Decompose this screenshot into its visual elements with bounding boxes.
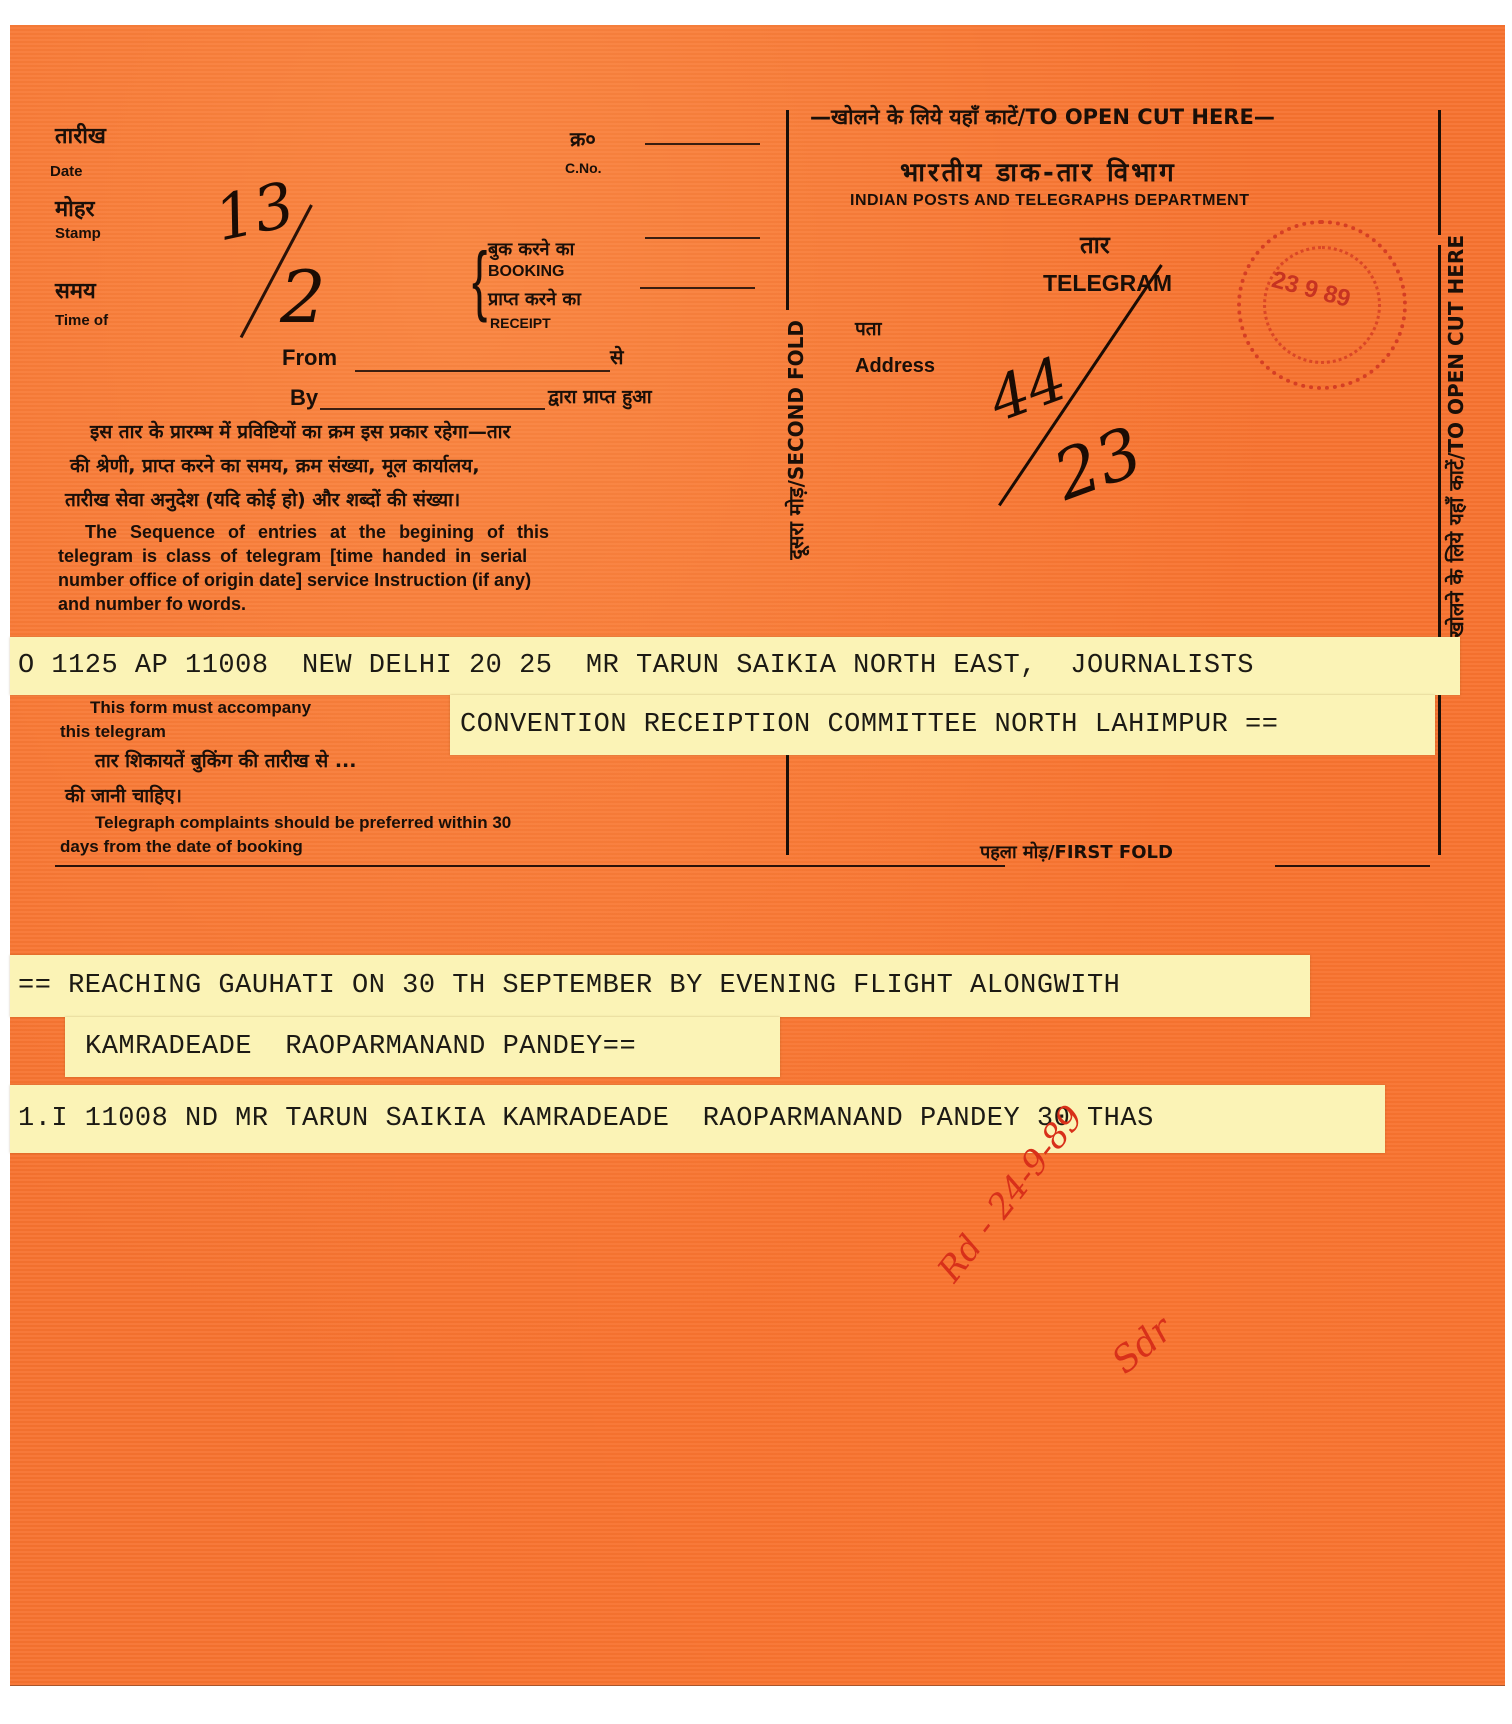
handwritten-number: 13 bbox=[208, 168, 300, 256]
sequence-hindi-1: इस तार के प्रारम्भ में प्रविष्टियों का क… bbox=[90, 418, 510, 444]
from-field[interactable] bbox=[355, 370, 610, 372]
cut-here-top: —खोलने के लिये यहाँ काटें/TO OPEN CUT HE… bbox=[810, 103, 1275, 131]
tape-strip-1: O 1125 AP 11008 NEW DELHI 20 25 MR TARUN… bbox=[10, 637, 1460, 695]
handwritten-fraction-bottom: 23 bbox=[1044, 413, 1152, 517]
cno-label: C.No. bbox=[565, 160, 602, 176]
second-fold-line-top bbox=[786, 110, 789, 310]
sequence-en-2: telegram is class of telegram [time hand… bbox=[58, 546, 527, 567]
complaint-en-1: Telegraph complaints should be preferred… bbox=[95, 813, 511, 833]
accompany-line-2: this telegram bbox=[60, 722, 166, 742]
sequence-hindi-3: तारीख सेवा अनुदेश (यदि कोई हो) और शब्दों… bbox=[65, 486, 460, 512]
booking-label-hindi: बुक करने का bbox=[488, 237, 574, 261]
tape-strip-5: 1.I 11008 ND MR TARUN SAIKIA KAMRADEADE … bbox=[10, 1085, 1385, 1153]
by-suffix: द्वारा प्राप्त हुआ bbox=[548, 383, 652, 409]
first-fold-label: पहला मोड़/FIRST FOLD bbox=[980, 840, 1173, 864]
cut-line-top bbox=[1438, 110, 1441, 235]
from-suffix: से bbox=[610, 343, 624, 370]
handwritten-fraction-top: 44 bbox=[980, 344, 1076, 436]
time-label: Time of bbox=[55, 312, 108, 329]
sequence-en-4: and number fo words. bbox=[58, 594, 246, 615]
date-label: Date bbox=[50, 163, 83, 180]
stamp-label: Stamp bbox=[55, 225, 101, 242]
sequence-en-3: number office of origin date] service In… bbox=[58, 570, 531, 591]
telegram-form: तारीख Date मोहर Stamp समय Time of 13 2 क… bbox=[10, 25, 1505, 1686]
time-label-hindi: समय bbox=[55, 275, 96, 305]
address-label-hindi: पता bbox=[855, 315, 882, 341]
receipt-label: RECEIPT bbox=[490, 315, 551, 331]
cno-field[interactable] bbox=[645, 143, 760, 145]
tape-strip-2: CONVENTION RECEIPTION COMMITTEE NORTH LA… bbox=[450, 695, 1435, 755]
cut-here-side: खोलने के लिये यहाँ काटें/TO OPEN CUT HER… bbox=[1442, 235, 1469, 638]
cut-line-bottom bbox=[1438, 695, 1441, 855]
stamp-label-hindi: मोहर bbox=[55, 193, 95, 223]
cno-label-hindi: क्र० bbox=[570, 125, 596, 152]
postmark-stamp: 23 9 89 bbox=[1237, 220, 1407, 390]
receipt-field[interactable] bbox=[640, 287, 755, 289]
receipt-label-hindi: प्राप्त करने का bbox=[488, 287, 581, 311]
sequence-hindi-2: की श्रेणी, प्राप्त करने का समय, क्रम संख… bbox=[70, 452, 480, 478]
telegram-hindi: तार bbox=[1080, 228, 1110, 261]
sequence-en-1: The Sequence of entries at the begining … bbox=[85, 522, 549, 543]
handwritten-mark: 2 bbox=[280, 255, 326, 339]
bottom-rule bbox=[55, 865, 1005, 867]
received-signature: Sdr bbox=[1104, 1309, 1180, 1382]
date-label-hindi: तारीख bbox=[55, 120, 106, 150]
tape-strip-3: == REACHING GAUHATI ON 30 TH SEPTEMBER B… bbox=[10, 955, 1310, 1017]
by-field[interactable] bbox=[320, 408, 545, 410]
complaint-en-2: days from the date of booking bbox=[60, 837, 303, 857]
address-label: Address bbox=[855, 355, 935, 378]
cut-line-middle bbox=[1438, 245, 1441, 645]
from-label: From bbox=[282, 345, 337, 371]
complaint-hindi-1: तार शिकायतें बुकिंग की तारीख से ... bbox=[95, 747, 356, 773]
first-fold-rule bbox=[1275, 865, 1430, 867]
accompany-line-1: This form must accompany bbox=[90, 698, 311, 718]
booking-field[interactable] bbox=[645, 237, 760, 239]
department-name: INDIAN POSTS AND TELEGRAPHS DEPARTMENT bbox=[850, 192, 1249, 210]
second-fold-label: दूसरा मोड़/SECOND FOLD bbox=[782, 320, 809, 560]
booking-label: BOOKING bbox=[488, 263, 564, 281]
department-hindi: भारतीय डाक-तार विभाग bbox=[900, 153, 1177, 189]
by-label: By bbox=[290, 385, 318, 411]
tape-strip-4: KAMRADEADE RAOPARMANAND PANDEY== bbox=[65, 1017, 780, 1077]
brace: { bbox=[472, 240, 487, 318]
complaint-hindi-2: की जानी चाहिए। bbox=[65, 782, 182, 808]
